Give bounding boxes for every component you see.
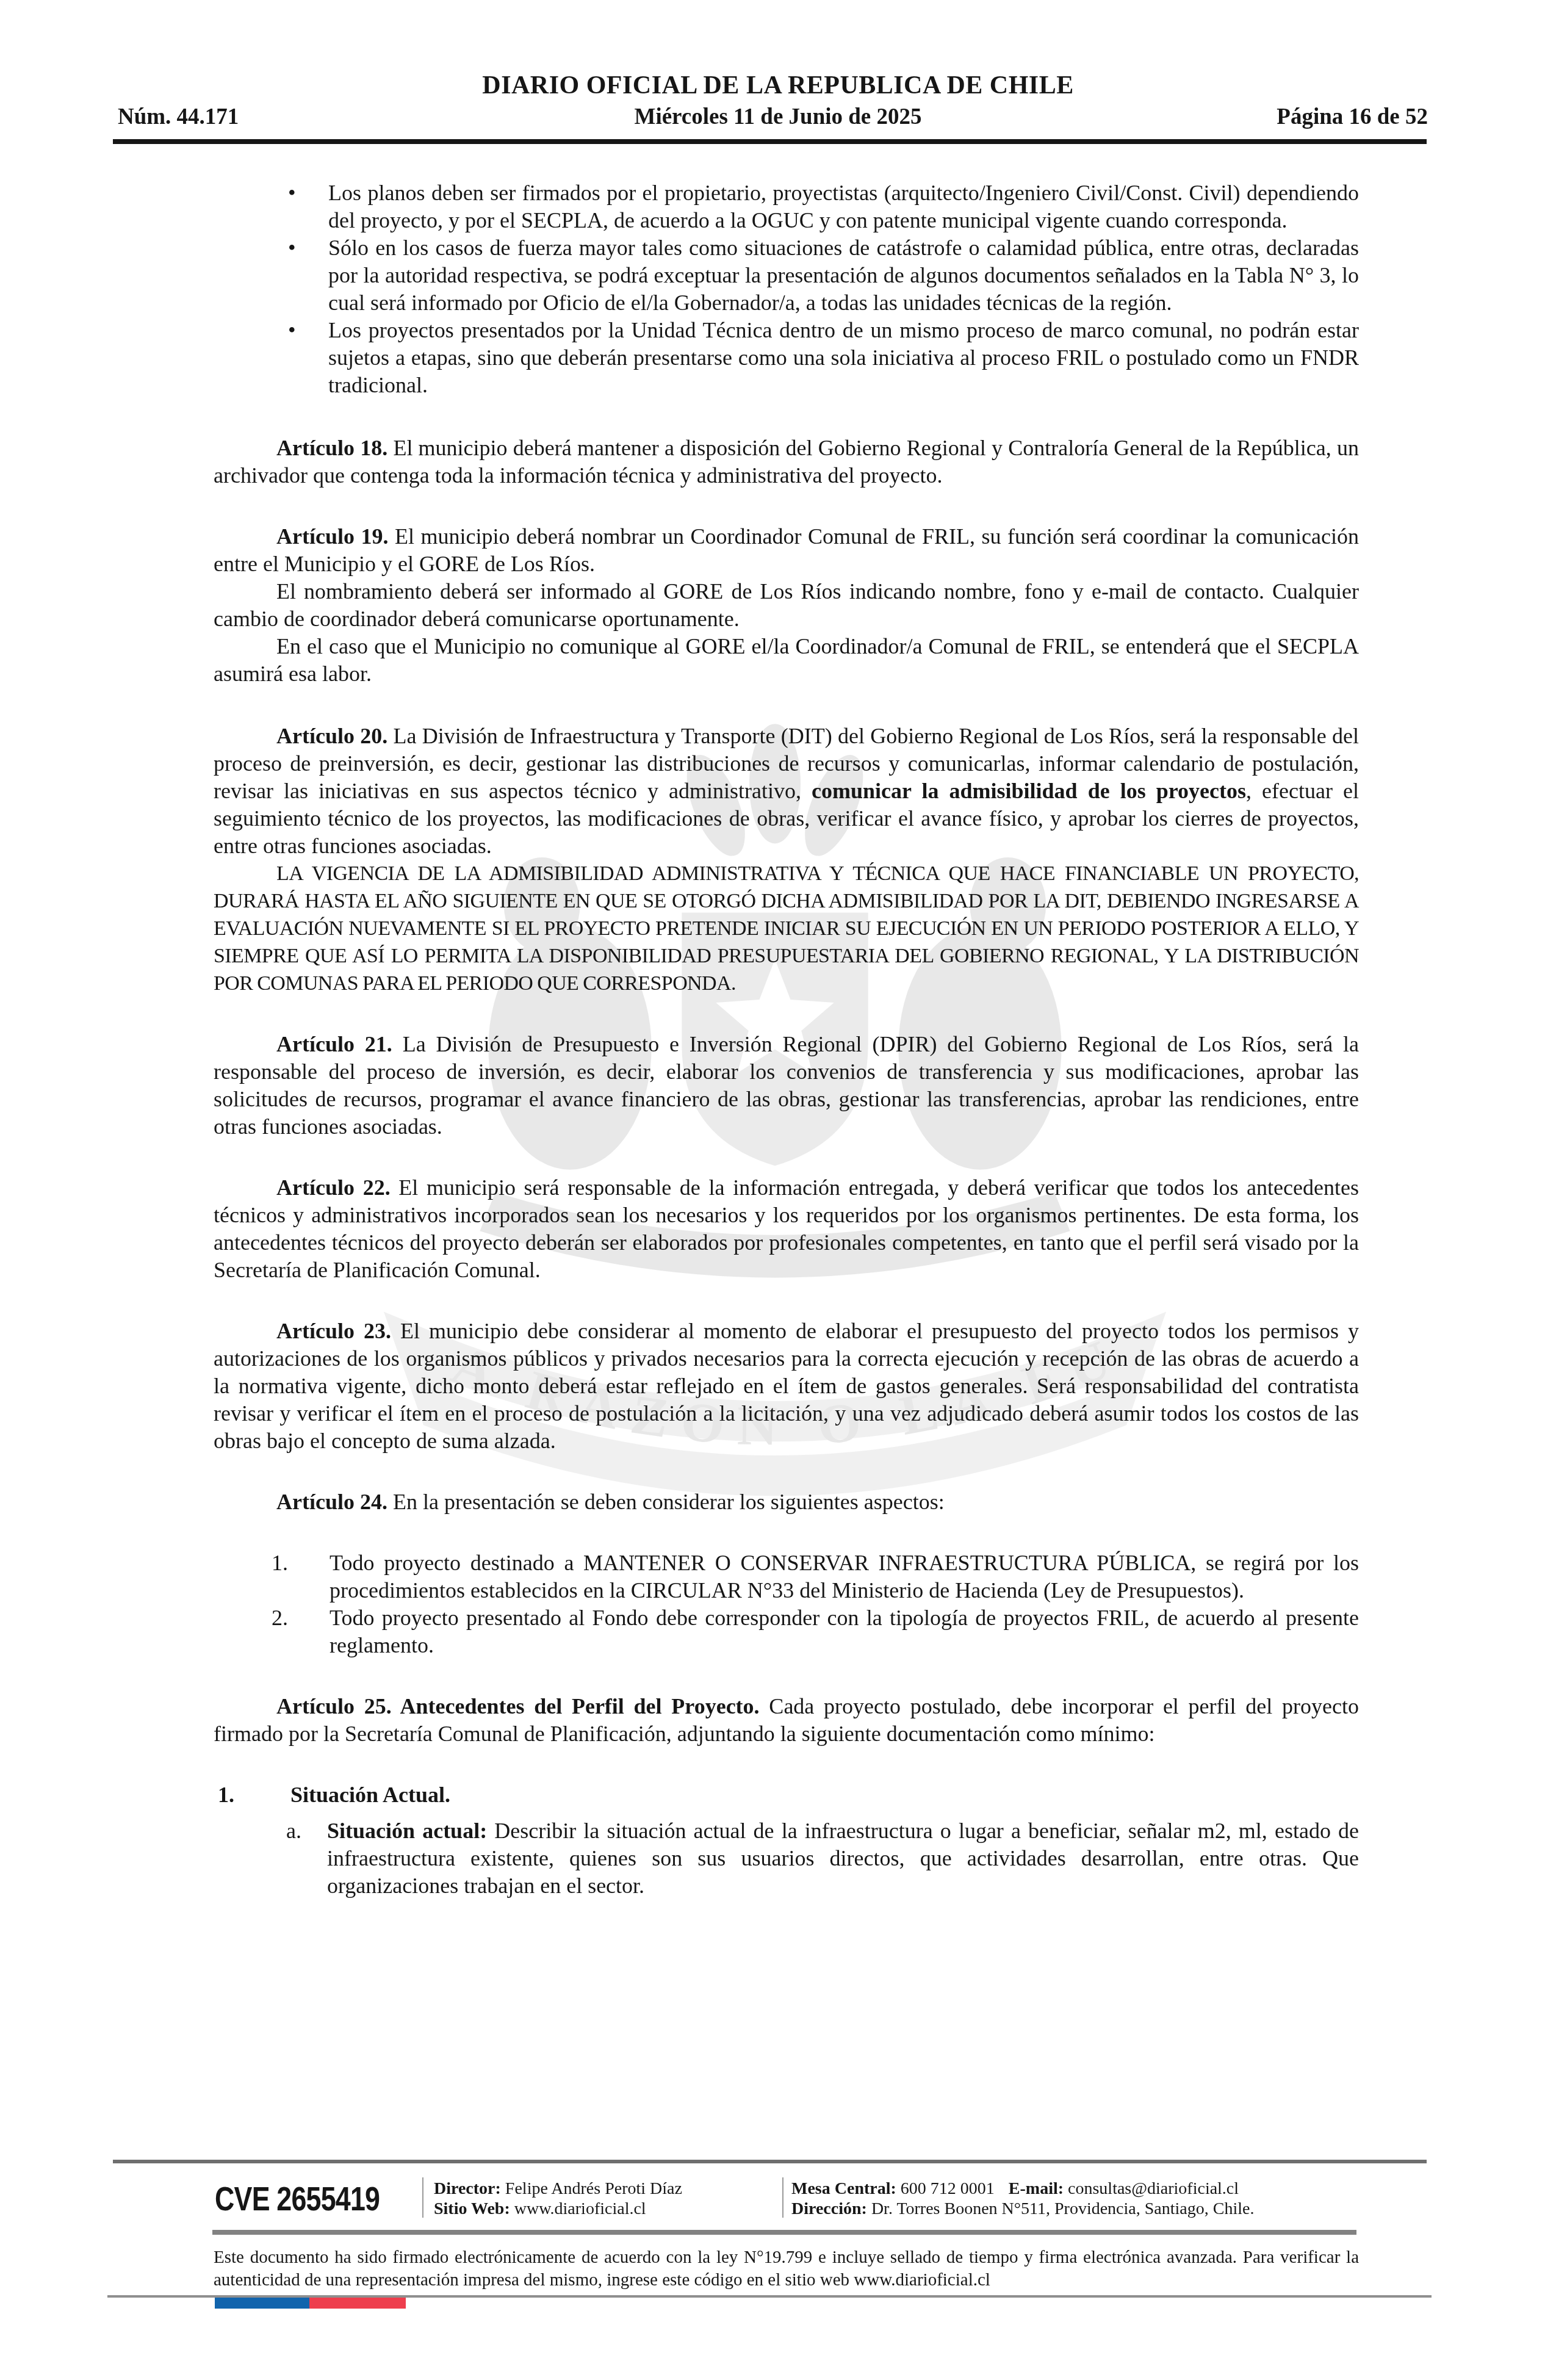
- bullet-item: • Sólo en los casos de fuerza mayor tale…: [214, 234, 1359, 317]
- article-18: Artículo 18. El municipio deberá mantene…: [214, 435, 1359, 489]
- article-21: Artículo 21. La División de Presupuesto …: [214, 1031, 1359, 1141]
- legal-note: Este documento ha sido firmado electróni…: [214, 2246, 1359, 2292]
- footer-director-block: Director: Felipe Andrés Peroti Díaz Siti…: [434, 2179, 682, 2219]
- footer-director-line: Director: Felipe Andrés Peroti Díaz: [434, 2179, 682, 2199]
- sitio-web-value: www.diarioficial.cl: [514, 2199, 646, 2218]
- lettered-item-a: a. Situación actual: Describir la situac…: [214, 1817, 1359, 1900]
- article-20-label: Artículo 20.: [276, 724, 387, 748]
- article-18-label: Artículo 18.: [276, 436, 387, 460]
- bullet-text: Los proyectos presentados por la Unidad …: [328, 318, 1359, 397]
- article-23: Artículo 23. El municipio debe considera…: [214, 1318, 1359, 1455]
- article-21-label: Artículo 21.: [276, 1032, 392, 1056]
- bullet-text: Sólo en los casos de fuerza mayor tales …: [328, 236, 1359, 315]
- director-label: Director:: [434, 2179, 501, 2198]
- article-20: Artículo 20. La División de Infraestruct…: [214, 723, 1359, 860]
- article-25-label: Artículo 25. Antecedentes del Perfil del…: [276, 1694, 760, 1718]
- sitio-web-label: Sitio Web:: [434, 2199, 510, 2218]
- article-19: Artículo 19. El municipio deberá nombrar…: [214, 523, 1359, 578]
- article-22: Artículo 22. El municipio será responsab…: [214, 1174, 1359, 1284]
- header-rule: [113, 139, 1427, 144]
- footer-divider: [422, 2177, 423, 2218]
- numbered-item-1: 1. Todo proyecto destinado a MANTENER O …: [214, 1549, 1359, 1604]
- direccion-value: Dr. Torres Boonen N°511, Providencia, Sa…: [871, 2199, 1254, 2218]
- numbered-item-2: 2. Todo proyecto presentado al Fondo deb…: [214, 1604, 1359, 1659]
- section-heading-number: 1.: [218, 1781, 234, 1809]
- cve-code: CVE 2655419: [215, 2179, 380, 2218]
- director-value: Felipe Andrés Peroti Díaz: [505, 2179, 682, 2198]
- bullet-item: • Los planos deben ser firmados por el p…: [214, 179, 1359, 234]
- mesa-central-value: 600 712 0001: [901, 2179, 995, 2198]
- article-19-paragraph-2: El nombramiento deberá ser informado al …: [214, 578, 1359, 633]
- bullet-icon: •: [288, 179, 296, 207]
- section-heading-title: Situación Actual.: [290, 1783, 450, 1807]
- lettered-item-a-body: Situación actual: Describir la situación…: [327, 1819, 1359, 1898]
- footer-sitio-line: Sitio Web: www.diarioficial.cl: [434, 2199, 682, 2219]
- email-label: E-mail:: [1009, 2179, 1064, 2198]
- footer-separator-bar: [212, 2230, 1356, 2235]
- article-24-label: Artículo 24.: [276, 1490, 387, 1514]
- bullet-text: Los planos deben ser firmados por el pro…: [328, 181, 1359, 233]
- numbered-item-2-marker: 2.: [272, 1604, 288, 1632]
- bullet-item: • Los proyectos presentados por la Unida…: [214, 317, 1359, 399]
- mesa-central-label: Mesa Central:: [791, 2179, 896, 2198]
- direccion-label: Dirección:: [791, 2199, 867, 2218]
- flag-red-segment: [309, 2298, 406, 2309]
- page-indicator: Página 16 de 52: [1277, 104, 1428, 130]
- article-24: Artículo 24. En la presentación se deben…: [214, 1488, 1359, 1516]
- footer-direccion-line: Dirección: Dr. Torres Boonen N°511, Prov…: [791, 2199, 1254, 2219]
- bullet-icon: •: [288, 234, 296, 262]
- bullet-icon: •: [288, 317, 296, 344]
- footer-mesa-line: Mesa Central: 600 712 0001 E-mail: consu…: [791, 2179, 1254, 2199]
- article-22-label: Artículo 22.: [276, 1175, 391, 1200]
- section-heading-situacion-actual: 1. Situación Actual.: [214, 1781, 1359, 1809]
- article-20-uppercase-paragraph: LA VIGENCIA DE LA ADMISIBILIDAD ADMINIST…: [214, 860, 1359, 997]
- document-page: DIARIO OFICIAL DE LA REPUBLICA DE CHILE …: [0, 0, 1556, 2380]
- footer-top-rule: [113, 2160, 1427, 2163]
- article-23-label: Artículo 23.: [276, 1319, 391, 1343]
- lettered-item-a-marker: a.: [286, 1817, 301, 1845]
- article-24-text: En la presentación se deben considerar l…: [387, 1490, 945, 1514]
- lettered-item-a-lead: Situación actual:: [327, 1819, 487, 1843]
- numbered-item-1-text: Todo proyecto destinado a MANTENER O CON…: [330, 1551, 1359, 1603]
- document-body: • Los planos deben ser firmados por el p…: [214, 179, 1359, 1900]
- publication-title: DIARIO OFICIAL DE LA REPUBLICA DE CHILE: [0, 71, 1556, 100]
- footer-divider: [782, 2177, 783, 2218]
- email-value: consultas@diarioficial.cl: [1068, 2179, 1239, 2198]
- article-19-paragraph-3: En el caso que el Municipio no comunique…: [214, 633, 1359, 688]
- flag-blue-segment: [215, 2298, 309, 2309]
- footer-contact-block: Mesa Central: 600 712 0001 E-mail: consu…: [791, 2179, 1254, 2219]
- numbered-item-2-text: Todo proyecto presentado al Fondo debe c…: [330, 1606, 1359, 1657]
- article-19-label: Artículo 19.: [276, 524, 389, 549]
- numbered-item-1-marker: 1.: [272, 1549, 288, 1577]
- article-20-bold-phrase: comunicar la admisibilidad de los proyec…: [812, 779, 1246, 803]
- article-25: Artículo 25. Antecedentes del Perfil del…: [214, 1693, 1359, 1748]
